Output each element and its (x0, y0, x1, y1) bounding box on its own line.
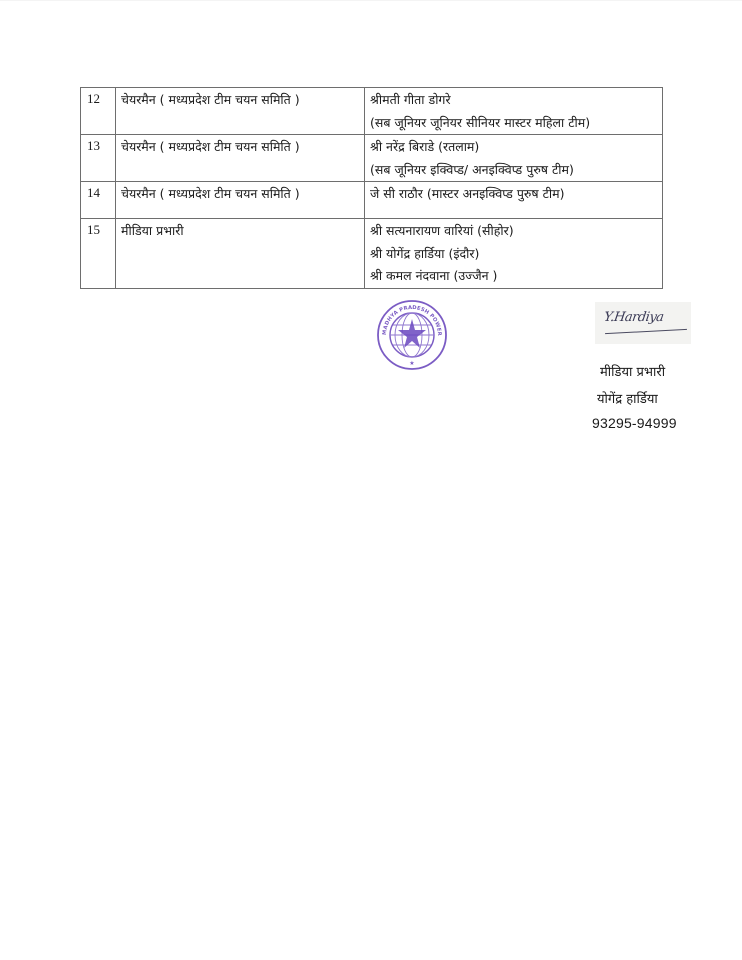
page-edge (0, 0, 742, 1)
member-names: श्री नरेंद्र बिराडे (रतलाम) (सब जूनियर इ… (365, 135, 663, 182)
member-names: श्रीमती गीता डोगरे (सब जूनियर जूनियर सीन… (365, 88, 663, 135)
member-names: जे सी राठौर (मास्टर अनइक्विप्ड पुरुष टीम… (365, 182, 663, 219)
table-row: 15 मीडिया प्रभारी श्री सत्यनारायण वारिया… (81, 219, 663, 289)
member-name: श्रीमती गीता डोगरे (370, 89, 662, 112)
signature: Y.Hardiya (603, 310, 665, 325)
association-seal-icon: MADHYA PRADESH POWER LIFTING ASSOCIATION… (376, 299, 448, 371)
office-bearers-table: 12 चेयरमैन ( मध्यप्रदेश टीम चयन समिति ) … (80, 87, 663, 289)
member-note: (सब जूनियर इक्विप्ड/ अनइक्विप्ड पुरुष टी… (370, 159, 662, 182)
member-name: श्री कमल नंदवाना (उज्जैन ) (370, 265, 662, 288)
serial-number: 12 (81, 88, 116, 135)
serial-number: 14 (81, 182, 116, 219)
member-name: श्री नरेंद्र बिराडे (रतलाम) (370, 136, 662, 159)
post-title: चेयरमैन ( मध्यप्रदेश टीम चयन समिति ) (116, 135, 365, 182)
signatory-role: मीडिया प्रभारी (600, 362, 665, 380)
member-name: श्री सत्यनारायण वारियां (सीहोर) (370, 220, 662, 243)
svg-text:★: ★ (409, 360, 414, 367)
post-title: चेयरमैन ( मध्यप्रदेश टीम चयन समिति ) (116, 182, 365, 219)
table-row: 13 चेयरमैन ( मध्यप्रदेश टीम चयन समिति ) … (81, 135, 663, 182)
member-name: जे सी राठौर (मास्टर अनइक्विप्ड पुरुष टीम… (370, 183, 662, 206)
serial-number: 15 (81, 219, 116, 289)
post-title: चेयरमैन ( मध्यप्रदेश टीम चयन समिति ) (116, 88, 365, 135)
member-names: श्री सत्यनारायण वारियां (सीहोर) श्री योग… (365, 219, 663, 289)
member-name: श्री योगेंद्र हार्डिया (इंदौर) (370, 243, 662, 266)
table-row: 14 चेयरमैन ( मध्यप्रदेश टीम चयन समिति ) … (81, 182, 663, 219)
member-note: (सब जूनियर जूनियर सीनियर मास्टर महिला टी… (370, 112, 662, 135)
signatory-phone: 93295-94999 (592, 415, 677, 431)
serial-number: 13 (81, 135, 116, 182)
post-title: मीडिया प्रभारी (116, 219, 365, 289)
signatory-name: योगेंद्र हार्डिया (597, 389, 658, 407)
table-row: 12 चेयरमैन ( मध्यप्रदेश टीम चयन समिति ) … (81, 88, 663, 135)
